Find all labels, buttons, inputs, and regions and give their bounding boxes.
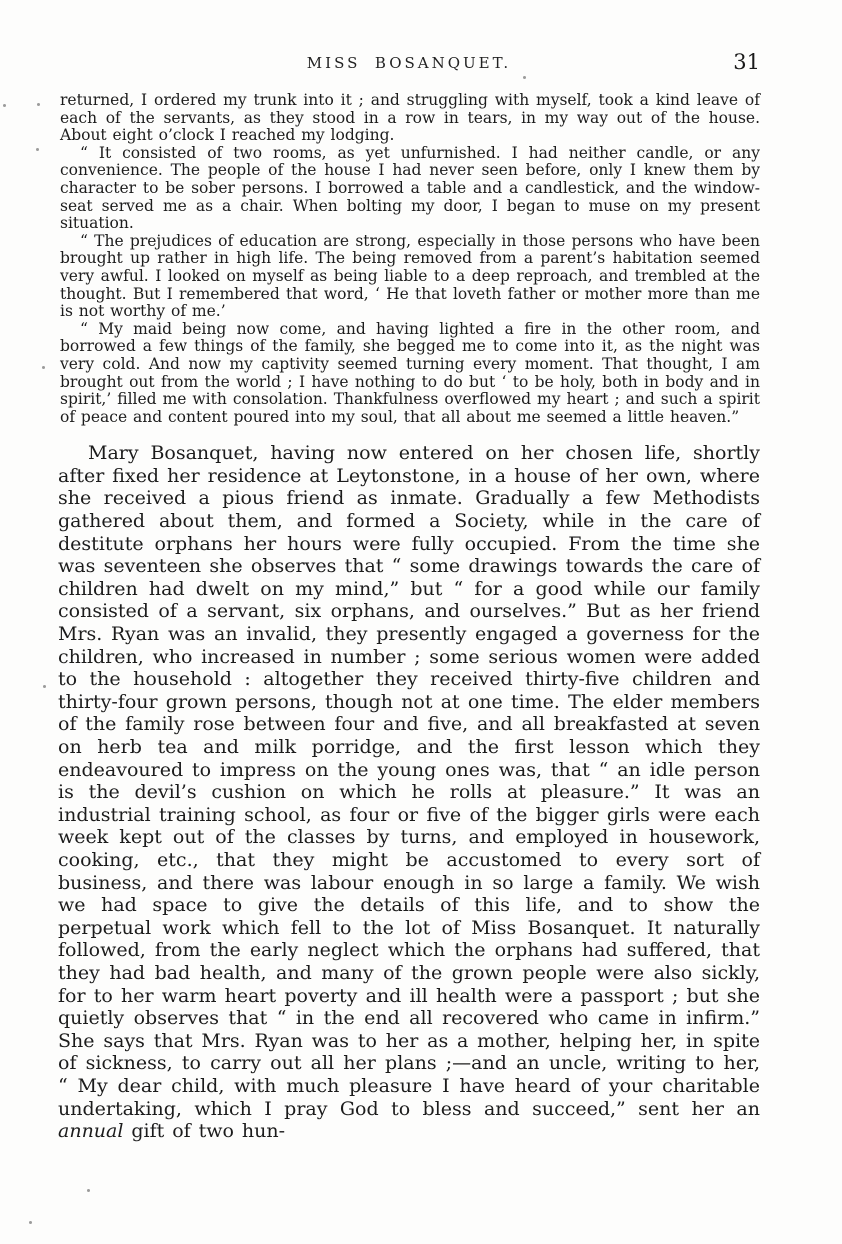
quoted-paragraph: “ It consisted of two rooms, as yet unfu… [60,145,760,233]
scan-speck [523,76,526,79]
quoted-extract-section: returned, I ordered my trunk into it ; a… [60,92,760,426]
scan-speck [87,1189,90,1192]
quoted-paragraph: “ The prejudices of education are strong… [60,233,760,321]
italic-word: annual [58,1120,123,1142]
page-header: MISS BOSANQUET. 31 [58,54,760,80]
main-paragraph: Mary Bosanquet, having now entered on he… [58,442,760,1142]
page-number: 31 [733,50,760,74]
quoted-paragraph: returned, I ordered my trunk into it ; a… [60,92,760,145]
main-paragraph-text: Mary Bosanquet, having now entered on he… [58,442,760,1119]
narrative-section: Mary Bosanquet, having now entered on he… [58,442,760,1142]
running-title: MISS BOSANQUET. [58,54,760,72]
book-page: MISS BOSANQUET. 31 returned, I ordered m… [0,0,842,1244]
scan-speck [43,685,46,688]
scan-speck [36,148,39,151]
scan-speck [42,366,45,369]
scan-speck [37,103,40,106]
scan-speck [29,1221,32,1224]
quoted-paragraph: “ My maid being now come, and having lig… [60,321,760,427]
main-paragraph-text-end: gift of two hun- [123,1120,285,1142]
scan-speck [3,104,6,107]
